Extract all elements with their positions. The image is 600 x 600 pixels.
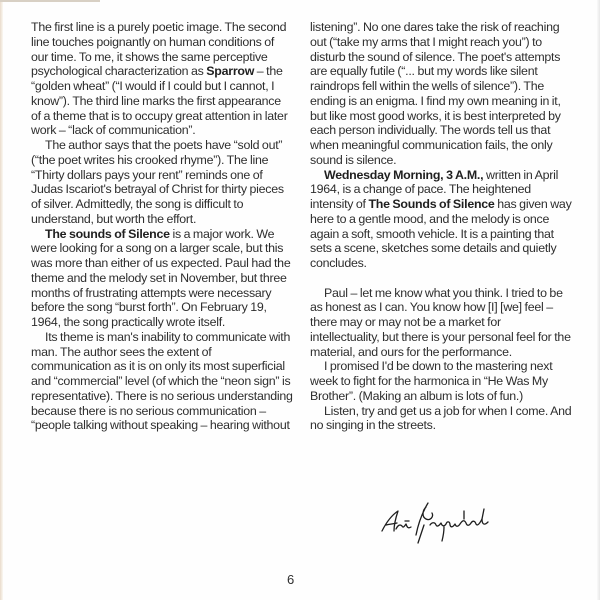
- handwritten-signature-icon: [378, 497, 498, 547]
- body-text: Its theme is man's inability to communic…: [31, 330, 293, 433]
- paragraph: The author says that the poets have “sol…: [31, 138, 293, 227]
- body-text: Paul – let me know what you think. I tri…: [310, 286, 571, 359]
- paragraph: listening”. No one dares take the risk o…: [310, 20, 572, 168]
- right-text-column: listening”. No one dares take the risk o…: [310, 20, 572, 433]
- body-text: Listen, try and get us a job for when I …: [310, 404, 571, 433]
- bold-title-text: Sparrow: [206, 64, 254, 78]
- paragraph: Paul – let me know what you think. I tri…: [310, 286, 572, 360]
- paragraph: Its theme is man's inability to communic…: [31, 330, 293, 433]
- signature-art-garfunkel: [378, 497, 498, 547]
- paragraph: Wednesday Morning, 3 A.M., written in Ap…: [310, 168, 572, 271]
- page-edge-top: [0, 0, 100, 2]
- body-text: The author says that the poets have “sol…: [31, 138, 284, 226]
- paragraph: Listen, try and get us a job for when I …: [310, 404, 572, 434]
- page-number: 6: [287, 572, 294, 587]
- paragraph: I promised I'd be down to the mastering …: [310, 359, 572, 403]
- left-text-column: The first line is a purely poetic image.…: [31, 20, 293, 433]
- paragraph: The sounds of Silence is a major work. W…: [31, 227, 293, 330]
- page-edge-left: [0, 0, 3, 600]
- body-text: listening”. No one dares take the risk o…: [310, 20, 561, 167]
- bold-title-text: The sounds of Silence: [45, 227, 170, 241]
- booklet-page: The first line is a purely poetic image.…: [0, 0, 600, 600]
- bold-title-text: Wednesday Morning, 3 A.M.,: [324, 168, 483, 182]
- body-text: is a major work. We were looking for a s…: [31, 227, 290, 330]
- bold-title-text: The Sounds of Silence: [368, 197, 494, 211]
- body-text: I promised I'd be down to the mastering …: [310, 359, 552, 403]
- paragraph: The first line is a purely poetic image.…: [31, 20, 293, 138]
